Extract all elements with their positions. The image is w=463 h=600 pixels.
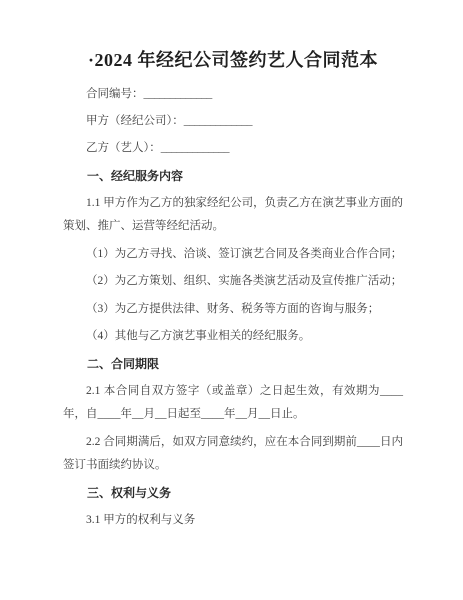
document-title: ·2024 年经纪公司签约艺人合同范本: [63, 47, 403, 73]
clause-1-item-1: （1）为乙方寻找、洽谈、签订演艺合同及各类商业合作合同；: [63, 243, 403, 266]
party-b-label: 乙方（艺人）：: [86, 142, 161, 154]
contract-document-page: ·2024 年经纪公司签约艺人合同范本 合同编号：_____________ 甲…: [0, 0, 463, 600]
section-2-heading: 二、合同期限: [63, 353, 403, 376]
clause-1-item-3: （3）为乙方提供法律、财务、税务等方面的咨询与服务；: [63, 298, 403, 321]
party-a-label: 甲方（经纪公司）：: [86, 115, 184, 127]
party-a-field: 甲方（经纪公司）：_____________: [63, 110, 403, 133]
contract-number-label: 合同编号：: [86, 88, 144, 100]
contract-number-field: 合同编号：_____________: [63, 83, 403, 106]
clause-1-item-2: （2）为乙方策划、组织、实施各类演艺活动及宣传推广活动；: [63, 270, 403, 293]
clause-1-item-4: （4）其他与乙方演艺事业相关的经纪服务。: [63, 325, 403, 348]
clause-1-1: 1.1 甲方作为乙方的独家经纪公司，负责乙方在演艺事业方面的策划、推广、运营等经…: [63, 192, 403, 238]
contract-number-blank: _____________: [144, 88, 212, 100]
section-1-heading: 一、经纪服务内容: [63, 165, 403, 188]
party-a-blank: _____________: [184, 115, 252, 127]
clause-2-1: 2.1 本合同自双方签字（或盖章）之日起生效，有效期为____年，自____年_…: [63, 380, 403, 426]
party-b-blank: _____________: [161, 142, 229, 154]
clause-2-2: 2.2 合同期满后，如双方同意续约，应在本合同到期前____日内签订书面续约协议…: [63, 431, 403, 477]
clause-3-1: 3.1 甲方的权利与义务: [63, 509, 403, 532]
party-b-field: 乙方（艺人）：_____________: [63, 137, 403, 160]
section-3-heading: 三、权利与义务: [63, 482, 403, 505]
